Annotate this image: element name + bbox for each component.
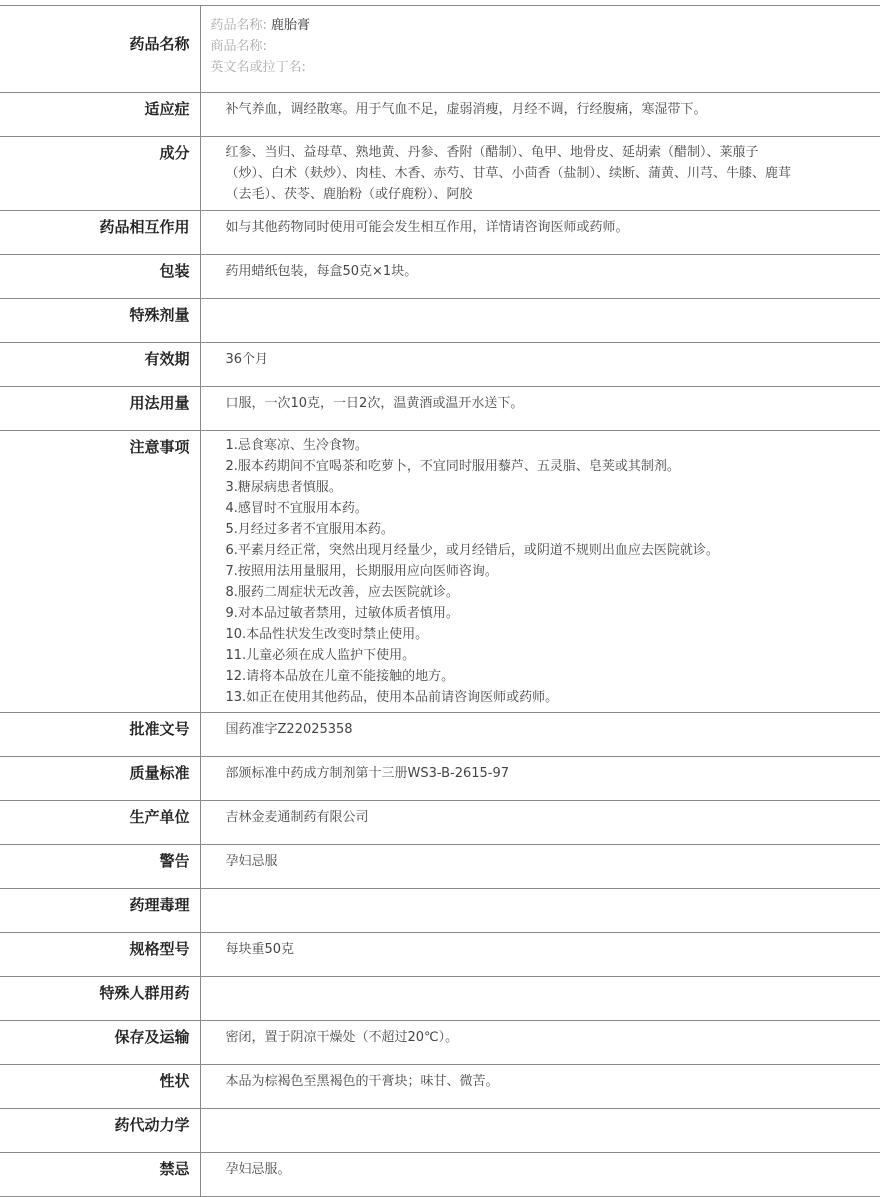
list-item: 6.平素月经正常，突然出现月经量少，或月经错后，或阴道不规则出血应去医院就诊。 <box>226 540 880 561</box>
row-ingredients: 成分 红参、当归、益母草、熟地黄、丹参、香附（醋制）、龟甲、地骨皮、延胡索（醋制… <box>0 137 880 211</box>
generic-name-line: 药品名称: 鹿胎膏 <box>211 15 880 36</box>
row-value: 国药准字Z22025358 <box>200 713 880 757</box>
english-name-key: 英文名或拉丁名: <box>211 60 306 75</box>
row-label: 特殊人群用药 <box>0 977 200 1021</box>
row-value <box>200 299 880 343</box>
english-name-line: 英文名或拉丁名: <box>211 57 880 78</box>
row-label: 特殊剂量 <box>0 299 200 343</box>
trade-name-key: 商品名称: <box>211 39 267 54</box>
row-value: 每块重50克 <box>200 933 880 977</box>
generic-name-value: 鹿胎膏 <box>271 18 310 33</box>
list-item: 11.儿童必须在成人监护下使用。 <box>226 645 880 666</box>
row-specification: 规格型号 每块重50克 <box>0 933 880 977</box>
row-value: 部颁标准中药成方制剂第十三册WS3-B-2615-97 <box>200 757 880 801</box>
row-manufacturer: 生产单位 吉林金麦通制药有限公司 <box>0 801 880 845</box>
row-value: 36个月 <box>200 343 880 387</box>
row-label: 性状 <box>0 1065 200 1109</box>
list-item: 13.如正在使用其他药品，使用本品前请咨询医师或药师。 <box>226 687 880 708</box>
row-label: 注意事项 <box>0 431 200 713</box>
row-value <box>200 1109 880 1121</box>
row-precautions: 注意事项 1.忌食寒凉、生冷食物。 2.服本药期间不宜喝茶和吃萝卜，不宜同时服用… <box>0 431 880 713</box>
row-indications: 适应症 补气养血，调经散寒。用于气血不足，虚弱消瘦，月经不调，行经腹痛，寒湿带下… <box>0 93 880 137</box>
row-label: 包装 <box>0 255 200 299</box>
row-label: 批准文号 <box>0 713 200 757</box>
row-value: 红参、当归、益母草、熟地黄、丹参、香附（醋制）、龟甲、地骨皮、延胡索（醋制）、莱… <box>200 137 880 211</box>
row-value: 密闭，置于阴凉干燥处（不超过20℃）。 <box>200 1021 880 1065</box>
list-item: 3.糖尿病患者慎服。 <box>226 477 880 498</box>
list-item: 12.请将本品放在儿童不能接触的地方。 <box>226 666 880 687</box>
row-pharmacokinetics: 药代动力学 <box>0 1109 880 1121</box>
list-item: 8.服药二周症状无改善，应去医院就诊。 <box>226 582 880 603</box>
list-item: 4.感冒时不宜服用本药。 <box>226 498 880 519</box>
row-label: 适应症 <box>0 93 200 137</box>
row-value <box>200 977 880 1021</box>
list-item: 2.服本药期间不宜喝茶和吃萝卜，不宜同时服用藜芦、五灵脂、皂荚或其制剂。 <box>226 456 880 477</box>
row-label: 用法用量 <box>0 387 200 431</box>
trade-name-line: 商品名称: <box>211 36 880 57</box>
row-shelf-life: 有效期 36个月 <box>0 343 880 387</box>
row-label: 保存及运输 <box>0 1021 200 1065</box>
row-description: 性状 本品为棕褐色至黑褐色的干膏块；味甘、微苦。 <box>0 1065 880 1109</box>
row-interactions: 药品相互作用 如与其他药物同时使用可能会发生相互作用，详情请咨询医师或药师。 <box>0 211 880 255</box>
row-quality-standard: 质量标准 部颁标准中药成方制剂第十三册WS3-B-2615-97 <box>0 757 880 801</box>
row-value: 吉林金麦通制药有限公司 <box>200 801 880 845</box>
row-value: 口服，一次10克，一日2次，温黄酒或温开水送下。 <box>200 387 880 431</box>
row-value: 如与其他药物同时使用可能会发生相互作用，详情请咨询医师或药师。 <box>200 211 880 255</box>
list-item: 1.忌食寒凉、生冷食物。 <box>226 435 880 456</box>
row-label: 药代动力学 <box>0 1109 200 1121</box>
row-label: 药品名称 <box>0 6 200 93</box>
list-item: 7.按照用法用量服用，长期服用应向医师咨询。 <box>226 561 880 582</box>
row-label: 警告 <box>0 845 200 889</box>
drug-spec-table: 药品名称 药品名称: 鹿胎膏 商品名称: 英文名或拉丁名: 适应症 补气养血，调… <box>0 5 880 1120</box>
row-special-population: 特殊人群用药 <box>0 977 880 1021</box>
list-item: 5.月经过多者不宜服用本药。 <box>226 519 880 540</box>
row-value <box>200 889 880 933</box>
row-drug-name: 药品名称 药品名称: 鹿胎膏 商品名称: 英文名或拉丁名: <box>0 6 880 93</box>
row-label: 成分 <box>0 137 200 211</box>
list-item: 10.本品性状发生改变时禁止使用。 <box>226 624 880 645</box>
row-value: 补气养血，调经散寒。用于气血不足，虚弱消瘦，月经不调，行经腹痛，寒湿带下。 <box>200 93 880 137</box>
row-usage: 用法用量 口服，一次10克，一日2次，温黄酒或温开水送下。 <box>0 387 880 431</box>
row-label: 有效期 <box>0 343 200 387</box>
row-label: 规格型号 <box>0 933 200 977</box>
row-label: 药品相互作用 <box>0 211 200 255</box>
generic-name-key: 药品名称: <box>211 18 267 33</box>
row-value: 药用蜡纸包装，每盒50克×1块。 <box>200 255 880 299</box>
list-item: 9.对本品过敏者禁用，过敏体质者慎用。 <box>226 603 880 624</box>
precautions-list: 1.忌食寒凉、生冷食物。 2.服本药期间不宜喝茶和吃萝卜，不宜同时服用藜芦、五灵… <box>200 431 880 713</box>
row-warning: 警告 孕妇忌服 <box>0 845 880 889</box>
row-storage: 保存及运输 密闭，置于阴凉干燥处（不超过20℃）。 <box>0 1021 880 1065</box>
row-value: 孕妇忌服 <box>200 845 880 889</box>
row-approval-number: 批准文号 国药准字Z22025358 <box>0 713 880 757</box>
drug-name-values: 药品名称: 鹿胎膏 商品名称: 英文名或拉丁名: <box>200 6 880 93</box>
row-label: 生产单位 <box>0 801 200 845</box>
row-label: 质量标准 <box>0 757 200 801</box>
row-value: 本品为棕褐色至黑褐色的干膏块；味甘、微苦。 <box>200 1065 880 1109</box>
row-label: 药理毒理 <box>0 889 200 933</box>
row-special-dosage: 特殊剂量 <box>0 299 880 343</box>
row-pharmacology: 药理毒理 <box>0 889 880 933</box>
row-packaging: 包装 药用蜡纸包装，每盒50克×1块。 <box>0 255 880 299</box>
